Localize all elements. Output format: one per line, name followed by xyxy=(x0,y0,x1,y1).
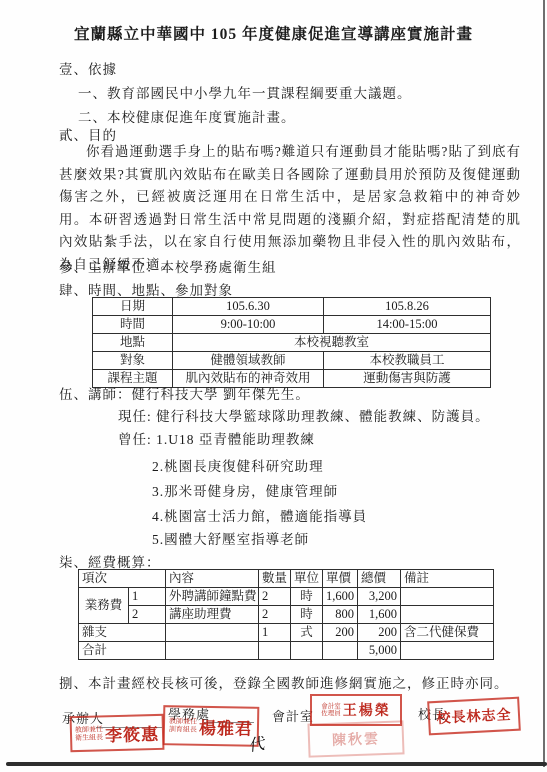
budget-cell-total: 1,600 xyxy=(358,606,401,624)
stamp-role-text: 會計室 佐理員 xyxy=(321,703,341,718)
closing-statement: 捌、本計畫經校長核可後，登錄全國教師進修網實施之，修正時亦同。 xyxy=(59,672,509,692)
budget-cell-unit: 式 xyxy=(291,624,323,642)
budget-cell-note xyxy=(401,606,494,624)
stamp-role-line: 佐理員 xyxy=(321,710,341,717)
session-cell: 健體領域教師 xyxy=(173,352,324,370)
stamp-role-text: 教師兼任 訓育組長 xyxy=(169,717,197,734)
section-heading-basis: 壹、依據 xyxy=(59,58,117,78)
table-row: 業務費 1 外聘講師鐘點費 2 時 1,600 3,200 xyxy=(79,588,494,606)
lecturer-past-line-1: 曾任: 1.U18 亞青體能助理教練 xyxy=(118,428,315,448)
budget-cell-total: 3,200 xyxy=(358,588,401,606)
table-row: 雜支 1 式 200 200 含二代健保費 xyxy=(79,624,494,642)
budget-cell-content xyxy=(166,624,259,642)
table-row: 地點 本校視聽教室 xyxy=(93,334,491,352)
lecturer-past-item: 1.U18 亞青體能助理教練 xyxy=(156,432,315,447)
budget-cell-unit xyxy=(291,642,323,660)
sig-label-accounting: 會計室 xyxy=(272,706,314,725)
budget-cell-unit: 時 xyxy=(291,588,323,606)
budget-cell-content: 講座助理費 xyxy=(166,606,259,624)
budget-cell-no: 2 xyxy=(129,606,166,624)
lecturer-past-label: 曾任: xyxy=(118,432,152,447)
stamp-role-line: 訓育組長 xyxy=(169,725,197,734)
handwritten-proxy-mark: 代 xyxy=(246,731,266,756)
table-row: 合計 5,000 xyxy=(79,642,494,660)
document-title: 宜蘭縣立中華國中 105 年度健康促進宣導講座實施計畫 xyxy=(0,22,547,44)
budget-cell-note xyxy=(401,588,494,606)
stamp-role-line: 衛生組長 xyxy=(75,733,103,742)
session-row-label: 時間 xyxy=(93,316,173,334)
session-cell: 14:00-15:00 xyxy=(324,316,491,334)
session-cell: 9:00-10:00 xyxy=(173,316,324,334)
session-cell: 105.6.30 xyxy=(173,298,324,316)
stamp-role-line: 會計室 xyxy=(321,703,341,710)
table-row: 2 講座助理費 2 時 800 1,600 xyxy=(79,606,494,624)
section-heading-budget: 柒、經費概算： xyxy=(59,551,161,571)
budget-header-qty: 數量 xyxy=(259,570,291,588)
lecturer-past-item: 4.桃園富士活力館，體適能指導員 xyxy=(152,505,367,525)
table-row: 項次 內容 數量 單位 單價 總價 備註 xyxy=(79,570,494,588)
lecturer-past-item: 2.桃園長庚復健科研究助理 xyxy=(152,455,324,475)
table-row: 日期 105.6.30 105.8.26 xyxy=(93,298,491,316)
budget-cell-qty xyxy=(259,642,291,660)
scan-edge-right xyxy=(543,0,545,767)
stamp-accounting-faint-seal: 陳秋雲 xyxy=(307,720,404,757)
session-cell: 運動傷害與防護 xyxy=(324,370,491,388)
session-cell: 本校教職員工 xyxy=(324,352,491,370)
basis-item-2: 二、本校健康促進年度實施計畫。 xyxy=(78,106,296,126)
stamp-name: 王楊榮 xyxy=(343,700,391,720)
scan-edge-bottom xyxy=(6,762,547,766)
session-cell-merged: 本校視聽教室 xyxy=(173,334,491,352)
budget-header-note: 備註 xyxy=(401,570,494,588)
budget-header-item-no: 項次 xyxy=(79,570,166,588)
stamp-role-text: 教師兼任 衛生組長 xyxy=(75,725,103,742)
stamp-name: 楊雅君 xyxy=(199,713,253,739)
budget-total-label: 合計 xyxy=(79,642,166,660)
budget-cell-unit-price xyxy=(323,642,358,660)
table-row: 時間 9:00-10:00 14:00-15:00 xyxy=(93,316,491,334)
budget-header-total: 總價 xyxy=(358,570,401,588)
session-row-label: 日期 xyxy=(93,298,173,316)
budget-cell-qty: 2 xyxy=(259,588,291,606)
budget-cell-note xyxy=(401,642,494,660)
budget-header-unit: 單位 xyxy=(291,570,323,588)
budget-group-label: 業務費 xyxy=(79,588,129,624)
session-row-label: 地點 xyxy=(93,334,173,352)
scanned-document-page: 宜蘭縣立中華國中 105 年度健康促進宣導講座實施計畫 壹、依據 一、教育部國民… xyxy=(0,0,547,772)
budget-misc-label: 雜支 xyxy=(79,624,166,642)
budget-cell-unit: 時 xyxy=(291,606,323,624)
stamp-name: 李筱惠 xyxy=(105,719,160,745)
budget-cell-note: 含二代健保費 xyxy=(401,624,494,642)
budget-total-amount: 5,000 xyxy=(358,642,401,660)
stamp-academic-affairs-seal: 教師兼任 訓育組長 楊雅君 xyxy=(163,705,260,747)
budget-cell-qty: 2 xyxy=(259,606,291,624)
budget-cell-qty: 1 xyxy=(259,624,291,642)
lecturer-past-item: 5.國體大舒壓室指導老師 xyxy=(152,528,309,548)
section-heading-lecturer: 伍、講師：健行科技大學 劉年傑先生。 xyxy=(59,383,310,403)
budget-cell-content: 外聘講師鐘點費 xyxy=(166,588,259,606)
table-row: 對象 健體領域教師 本校教職員工 xyxy=(93,352,491,370)
lecturer-current: 現任: 健行科技大學籃球隊助理教練、體能教練、防護員。 xyxy=(118,405,490,425)
session-row-label: 對象 xyxy=(93,352,173,370)
budget-header-unit-price: 單價 xyxy=(323,570,358,588)
budget-cell-content xyxy=(166,642,259,660)
budget-table: 項次 內容 數量 單位 單價 總價 備註 業務費 1 外聘講師鐘點費 2 時 1… xyxy=(78,569,494,660)
budget-cell-unit-price: 200 xyxy=(323,624,358,642)
budget-header-content: 內容 xyxy=(166,570,259,588)
lecturer-past-item: 3.那米哥健身房，健康管理師 xyxy=(152,480,338,500)
session-table: 日期 105.6.30 105.8.26 時間 9:00-10:00 14:00… xyxy=(92,297,491,388)
stamp-principal-seal: 校長林志全 xyxy=(427,697,521,736)
basis-item-1: 一、教育部國民中小學九年一貫課程綱要重大議題。 xyxy=(78,82,412,102)
stamp-name: 陳秋雲 xyxy=(332,728,381,750)
budget-cell-unit-price: 800 xyxy=(323,606,358,624)
session-cell: 105.8.26 xyxy=(324,298,491,316)
stamp-name: 校長林志全 xyxy=(436,704,512,728)
section-heading-session: 肆、時間、地點、參加對象 xyxy=(59,279,233,299)
budget-cell-total: 200 xyxy=(358,624,401,642)
section-heading-organizer: 參、主辦單位：本校學務處衛生組 xyxy=(59,256,277,276)
stamp-undertaker-seal: 教師兼任 衛生組長 李筱惠 xyxy=(70,714,165,752)
budget-cell-no: 1 xyxy=(129,588,166,606)
budget-cell-unit-price: 1,600 xyxy=(323,588,358,606)
